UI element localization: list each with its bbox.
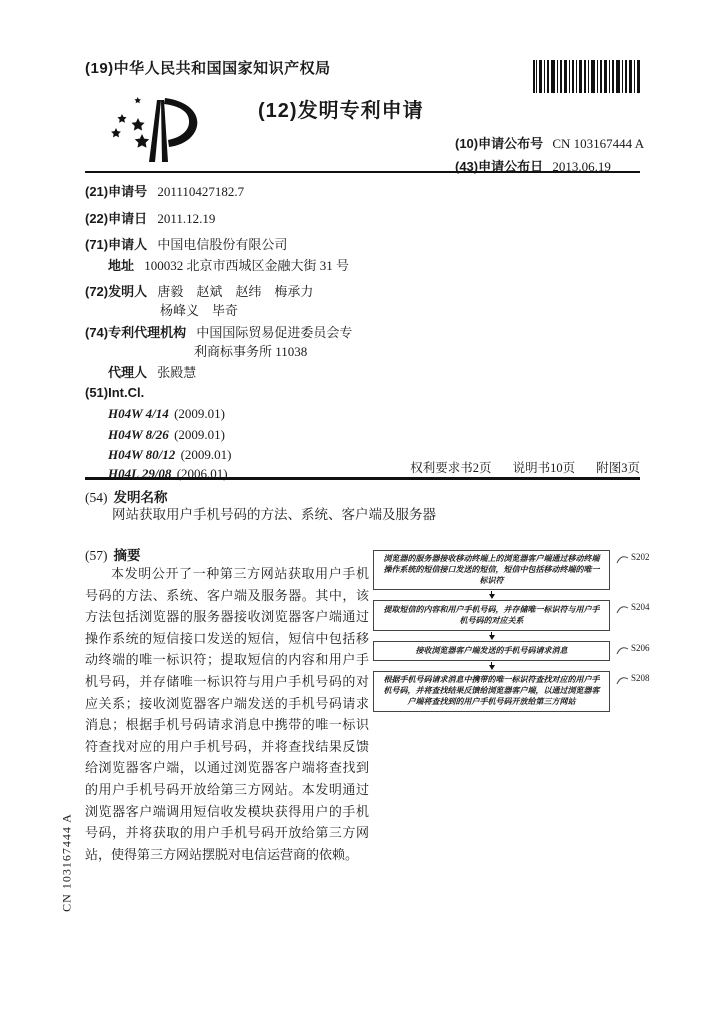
flowchart-step-label: S202 [616, 552, 650, 564]
agency-value-2: 利商标事务所 11038 [194, 344, 307, 359]
leader-curve-icon [616, 675, 629, 685]
flowchart-box: 浏览器的服务器接收移动终端上的浏览器客户端通过移动终端操作系统的短信接口发送的短… [373, 550, 610, 590]
applicant-label: (71)申请人 [85, 237, 147, 252]
pages-summary: 权利要求书2页 说明书10页 附图3页 [410, 458, 640, 476]
applicant-value: 中国电信股份有限公司 [157, 237, 287, 252]
application-date-value: 2011.12.19 [157, 211, 215, 226]
agency-value: 中国国际贸易促进委员会专 [196, 325, 352, 340]
address-label: 地址 [108, 258, 134, 273]
intcl-row: (51)Int.Cl. [85, 385, 144, 401]
step-id: S208 [631, 673, 650, 683]
agent-value: 张殿慧 [157, 365, 196, 380]
application-number-label: (21)申请号 [85, 184, 147, 199]
flowchart-step-label: S206 [616, 643, 650, 655]
claims-pages: 权利要求书2页 [410, 461, 491, 475]
intcl-entry: H04W 80/12 (2009.01) [108, 447, 231, 463]
flowchart-box: 根据手机号码请求消息中携带的唯一标识符查找对应的用户手机号码，并将查找结果反馈给… [373, 671, 610, 711]
address-value: 100032 北京市西城区金融大街 31 号 [144, 258, 349, 273]
publication-number-line: (10)申请公布号 CN 103167444 A [455, 133, 644, 152]
applicant-row: (71)申请人 中国电信股份有限公司 [85, 234, 287, 253]
barcode [533, 60, 640, 98]
intcl-version: (2009.01) [174, 427, 225, 442]
step-id: S202 [631, 552, 650, 562]
flowchart-step: 提取短信的内容和用户手机号码，并存储唯一标识符与用户手机号码的对应关系 S204 [373, 600, 610, 631]
inventors-row-2: 杨峰义 毕奇 [85, 300, 238, 319]
intcl-label: (51)Int.Cl. [85, 385, 144, 400]
leader-curve-icon [616, 604, 629, 614]
intcl-version: (2009.01) [181, 447, 232, 462]
abstract-text: 本发明公开了一种第三方网站获取用户手机号码的方法、系统、客户端及服务器。其中，该… [85, 563, 369, 865]
inventors-row: (72)发明人 唐毅 赵斌 赵纬 梅承力 [85, 281, 313, 300]
abstract-section-code: (57) [85, 548, 108, 563]
flowchart-step-label: S208 [616, 673, 650, 685]
abstract-section-label: 摘要 [114, 548, 141, 563]
step-id: S204 [631, 602, 650, 612]
intcl-entry: H04W 8/26 (2009.01) [108, 427, 225, 443]
applicant-address-row: 地址 100032 北京市西城区金融大街 31 号 [85, 255, 349, 274]
intcl-entry: H04W 4/14 (2009.01) [108, 406, 225, 422]
agent-label: 代理人 [108, 365, 147, 380]
flow-arrow-down-icon [373, 661, 610, 671]
description-pages: 说明书10页 [513, 461, 576, 475]
publication-number-label: (10)申请公布号 [455, 136, 543, 151]
application-number-value: 201110427182.7 [157, 184, 244, 199]
agency-row-2: 利商标事务所 11038 [85, 341, 307, 360]
inventors-value: 唐毅 赵斌 赵纬 梅承力 [157, 284, 313, 299]
flowchart-step: 根据手机号码请求消息中携带的唯一标识符查找对应的用户手机号码，并将查找结果反馈给… [373, 671, 610, 711]
application-date-row: (22)申请日 2011.12.19 [85, 208, 215, 227]
section-divider [85, 477, 640, 480]
flowchart-step: 浏览器的服务器接收移动终端上的浏览器客户端通过移动终端操作系统的短信接口发送的短… [373, 550, 610, 590]
intcl-class: H04W 4/14 [108, 406, 169, 421]
flowchart-box: 提取短信的内容和用户手机号码，并存储唯一标识符与用户手机号码的对应关系 [373, 600, 610, 631]
agency-label: (74)专利代理机构 [85, 325, 186, 340]
application-date-label: (22)申请日 [85, 211, 147, 226]
abstract-section-header: (57)摘要 [85, 544, 141, 564]
inventors-label: (72)发明人 [85, 284, 147, 299]
step-id: S206 [631, 643, 650, 653]
flow-arrow-down-icon [373, 590, 610, 600]
intcl-class: H04W 80/12 [108, 447, 175, 462]
intcl-version: (2009.01) [174, 406, 225, 421]
leader-curve-icon [616, 645, 629, 655]
application-number-row: (21)申请号 201110427182.7 [85, 181, 244, 200]
title-section-code: (54) [85, 490, 108, 505]
invention-title: 网站获取用户手机号码的方法、系统、客户端及服务器 [85, 505, 437, 524]
intcl-class: H04W 8/26 [108, 427, 169, 442]
issuing-office: (19)中华人民共和国国家知识产权局 [85, 57, 331, 78]
drawings-pages: 附图3页 [596, 461, 640, 475]
patent-front-page: (19)中华人民共和国国家知识产权局 [0, 0, 724, 1024]
publication-number-value: CN 103167444 A [552, 136, 644, 151]
abstract-figure-flowchart: 浏览器的服务器接收移动终端上的浏览器客户端通过移动终端操作系统的短信接口发送的短… [373, 550, 665, 712]
sipo-logo-icon [98, 92, 216, 173]
header-divider [85, 171, 640, 173]
agency-row: (74)专利代理机构 中国国际贸易促进委员会专 [85, 322, 352, 341]
title-section-label: 发明名称 [114, 490, 168, 505]
flowchart-step-label: S204 [616, 602, 650, 614]
leader-curve-icon [616, 554, 629, 564]
flowchart-box: 接收浏览器客户端发送的手机号码请求消息 [373, 641, 610, 661]
agent-row: 代理人 张殿慧 [85, 362, 196, 381]
document-type-title: (12)发明专利申请 [258, 94, 424, 123]
flowchart-step: 接收浏览器客户端发送的手机号码请求消息 S206 [373, 641, 610, 661]
title-section-header: (54)发明名称 [85, 486, 168, 506]
side-publication-number: CN 103167444 A [60, 813, 75, 913]
inventors-value-2: 杨峰义 毕奇 [160, 303, 238, 318]
flow-arrow-down-icon [373, 631, 610, 641]
